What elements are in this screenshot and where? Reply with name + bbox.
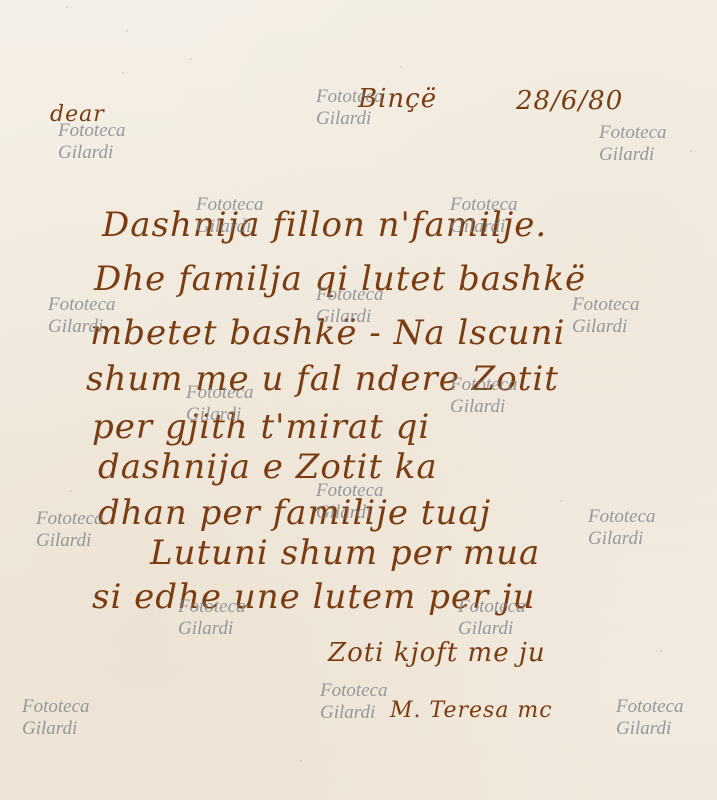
watermark: FototecaGilardi	[316, 480, 384, 524]
signature: M. Teresa mc	[390, 700, 553, 722]
watermark: FototecaGilardi	[316, 284, 384, 328]
watermark: FototecaGilardi	[450, 194, 518, 238]
watermark: FototecaGilardi	[36, 508, 104, 552]
body-line-6: dashnija e Zotit ka	[98, 450, 438, 484]
paper-speck	[190, 58, 192, 60]
paper-speck	[560, 500, 562, 502]
watermark: FototecaGilardi	[599, 122, 667, 166]
watermark: FototecaGilardi	[196, 194, 264, 238]
paper-speck	[122, 72, 124, 74]
watermark: FototecaGilardi	[616, 696, 684, 740]
letter-date: 28/6/80	[516, 88, 623, 114]
watermark: FototecaGilardi	[316, 86, 384, 130]
body-line-5: per gjith t'mirat qi	[92, 410, 430, 444]
watermark: FototecaGilardi	[58, 120, 126, 164]
watermark: FototecaGilardi	[48, 294, 116, 338]
watermark: FototecaGilardi	[320, 680, 388, 724]
paper-speck	[126, 30, 128, 32]
closing-line: Zoti kjoft me ju	[328, 640, 546, 666]
watermark: FototecaGilardi	[450, 374, 518, 418]
watermark: FototecaGilardi	[588, 506, 656, 550]
paper-speck	[400, 66, 402, 68]
watermark: FototecaGilardi	[178, 596, 246, 640]
watermark: FototecaGilardi	[186, 382, 254, 426]
paper-speck	[70, 490, 72, 492]
paper-speck	[660, 650, 662, 652]
body-line-8: Lutuni shum per mua	[150, 536, 540, 570]
paper-speck	[300, 760, 302, 762]
watermark: FototecaGilardi	[572, 294, 640, 338]
watermark: FototecaGilardi	[22, 696, 90, 740]
paper-speck	[66, 6, 68, 8]
paper-speck	[690, 150, 692, 152]
watermark: FototecaGilardi	[458, 596, 526, 640]
body-line-7: dhan per familije tuaj	[98, 496, 491, 530]
